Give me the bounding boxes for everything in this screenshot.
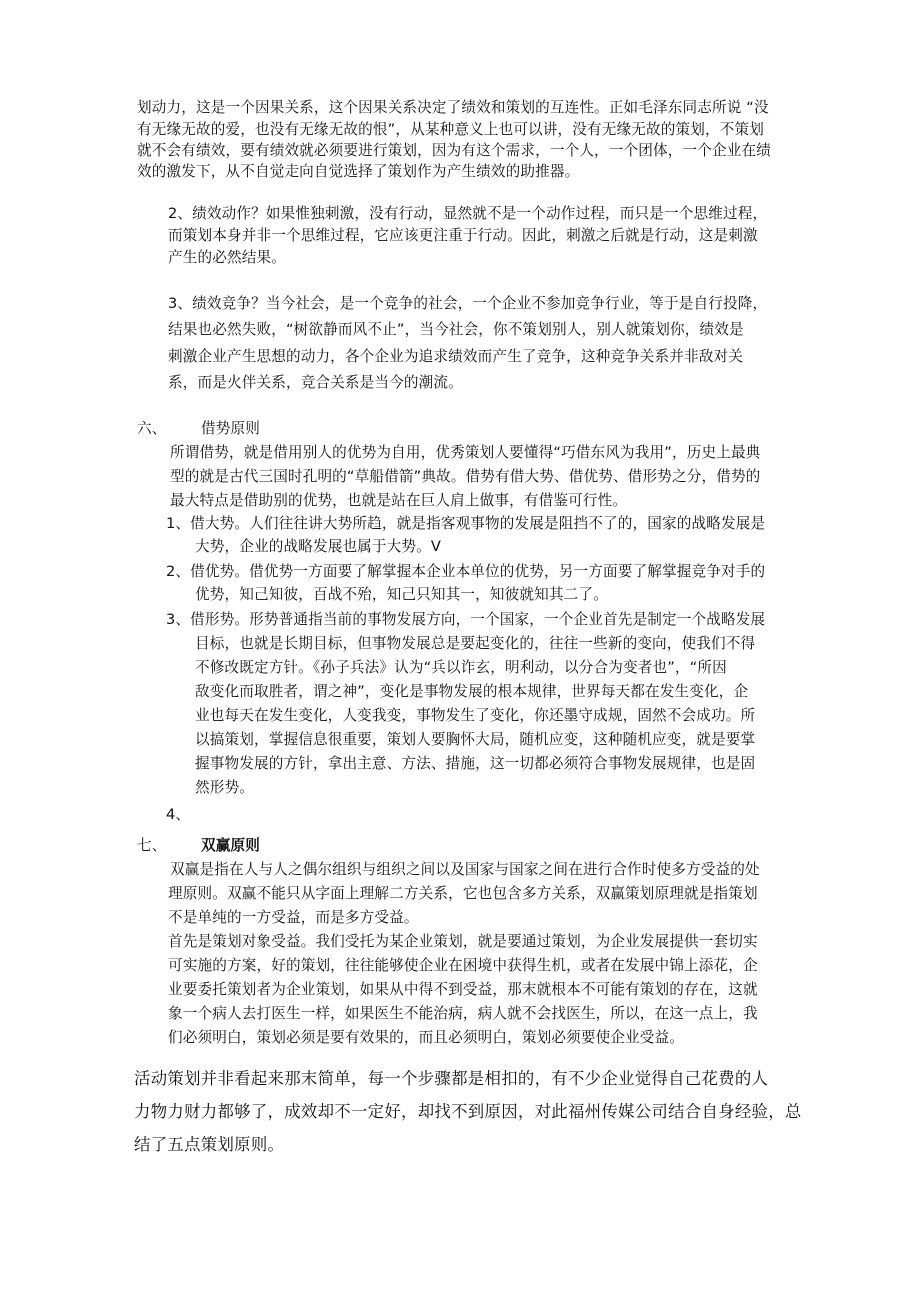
text-line: 们必须明白，策划必须是要有效果的，而且必须明白，策划必须要使企业受益。: [168, 1028, 684, 1048]
text-line: 象一个病人去打医生一样，如果医生不能治病，病人就不会找医生，所以，在这一点上，我: [168, 1004, 758, 1024]
section-number: 七、: [137, 836, 167, 856]
text-line: 系，而是火伴关系，竞合关系是当今的潮流。: [168, 373, 463, 393]
text-line: 活动策划并非看起来那末简单，每一个步骤都是相扣的，有不少企业觉得自己花费的人: [134, 1068, 768, 1090]
section-number: 六、: [137, 419, 167, 439]
text-line: 3、借形势。形势普通指当前的事物发展方向，一个国家，一个企业首先是制定一个战略发…: [166, 610, 765, 630]
text-line: 3、绩效竞争？当今社会，是一个竞争的社会，一个企业不参加竞争行业，等于是自行投降…: [168, 294, 767, 314]
text-line: 理原则。双赢不能只从字面上理解二方关系，它也包含多方关系，双赢策划原理就是指策划: [168, 884, 758, 904]
text-line: 结果也必然失败，“树欲静而风不止”，当今社会，你不策划别人，别人就策划你，绩效是: [168, 320, 744, 340]
section-title: 双赢原则: [201, 836, 260, 856]
text-line: 不修改既定方针。《孙子兵法》认为“兵以诈玄，明利动，以分合为变者也”，“所因: [195, 658, 727, 678]
text-line: 2、绩效动作？如果惟独刺激，没有行动，显然就不是一个动作过程，而只是一个思维过程…: [168, 204, 767, 224]
text-line: 效的激发下，从不自觉走向自觉选择了策划作为产生绩效的助推器。: [137, 162, 579, 182]
text-line: 然形势。: [195, 778, 254, 798]
text-line: 大势，企业的战略发展也属于大势。V: [195, 537, 441, 557]
text-line: 可实施的方案，好的策划，往往能够使企业在困境中获得生机，或者在发展中锦上添花，企: [168, 956, 758, 976]
text-line: 业也每天在发生变化，人变我变，事物发生了变化，你还墨守成规，固然不会成功。所: [195, 706, 755, 726]
text-line: 就不会有绩效，要有绩效就必须要进行策划，因为有这个需求，一个人，一个团体，一个企…: [137, 141, 771, 161]
text-line: 以搞策划，掌握信息很重要，策划人要胸怀大局，随机应变，这种随机应变，就是要掌: [195, 730, 755, 750]
text-line: 产生的必然结果。: [168, 248, 286, 268]
text-line: 2、借优势。借优势一方面要了解掌握本企业本单位的优势，另一方面要了解掌握竞争对手…: [166, 562, 765, 582]
text-line: 而策划本身并非一个思维过程，它应该更注重于行动。因此，刺激之后就是行动，这是刺激: [168, 226, 758, 246]
text-line: 划动力，这是一个因果关系，这个因果关系决定了绩效和策划的互连性。正如毛泽东同志所…: [137, 98, 769, 118]
text-line: 结了五点策划原则。: [134, 1134, 284, 1156]
empty-list-item: 4、: [166, 805, 190, 825]
text-line: 优势，知己知彼，百战不殆，知己只知其一，知彼就知其二了。: [195, 585, 608, 605]
text-line: 敌变化而取胜者，谓之神”，变化是事物发展的根本规律，世界每天都在发生变化，企: [195, 682, 748, 702]
text-line: 业要委托策划者为企业策划，如果从中得不到受益，那末就根本不可能有策划的存在，这就: [168, 980, 758, 1000]
text-line: 目标，也就是长期目标，但事物发展总是要起变化的，往往一些新的变向，使我们不得: [195, 634, 755, 654]
text-line: 双赢是指在人与人之偶尔组织与组织之间以及国家与国家之间在进行合作时使多方受益的处: [170, 860, 760, 880]
text-line: 力物力财力都够了，成效却不一定好，却找不到原因，对此福州传媒公司结合自身经验，总: [134, 1101, 802, 1123]
text-line: 握事物发展的方针，拿出主意、方法、措施，这一切都必须符合事物发展规律，也是固: [195, 754, 755, 774]
text-line: 所谓借势，就是借用别人的优势为自用，优秀策划人要懂得“巧借东风为我用”，历史上最…: [170, 443, 760, 463]
text-line: 型的就是古代三国时孔明的“草船借箭”典故。借势有借大势、借优势、借形势之分，借势…: [170, 467, 760, 487]
text-line: 1、借大势。人们往往讲大势所趋，就是指客观事物的发展是阻挡不了的，国家的战略发展…: [166, 514, 765, 534]
text-line: 最大特点是借助别的优势，也就是站在巨人肩上做事，有借鉴可行性。: [170, 491, 627, 511]
text-line: 不是单纯的一方受益，而是多方受益。: [168, 908, 419, 928]
text-line: 有无缘无故的爱，也没有无缘无故的恨”，从某种意义上也可以讲，没有无缘无故的策划，…: [137, 120, 764, 140]
text-line: 首先是策划对象受益。我们受托为某企业策划，就是要通过策划，为企业发展提供一套切实: [168, 932, 758, 952]
section-title: 借势原则: [201, 419, 260, 439]
text-line: 刺激企业产生思想的动力，各个企业为追求绩效而产生了竞争，这种竞争关系并非敌对关: [168, 347, 743, 367]
